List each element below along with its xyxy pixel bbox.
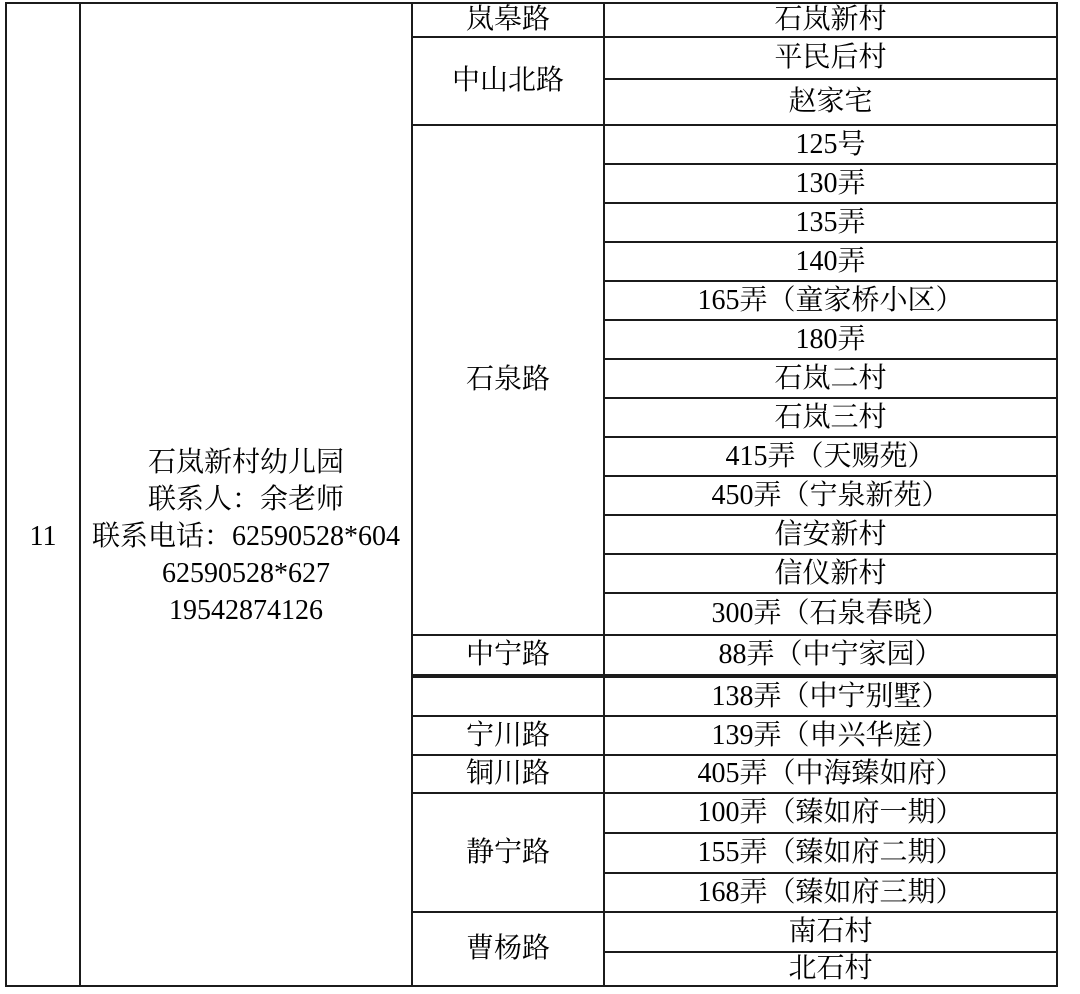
address-cell: 赵家宅 [604, 79, 1057, 125]
street-cell: 曹杨路 [412, 912, 604, 986]
street-cell: 岚皋路 [412, 3, 604, 37]
address-cell: 石岚二村 [604, 359, 1057, 398]
address-cell: 信安新村 [604, 515, 1057, 554]
street-cell: 石泉路 [412, 125, 604, 635]
address-cell: 405弄（中海臻如府） [604, 755, 1057, 793]
facility-phone-3: 19542874126 [81, 592, 411, 629]
page: 11 石岚新村幼儿园 联系人：余老师 联系电话：62590528*604 625… [0, 0, 1080, 994]
address-cell: 165弄（童家桥小区） [604, 281, 1057, 320]
address-cell: 168弄（臻如府三期） [604, 873, 1057, 912]
address-cell: 155弄（臻如府二期） [604, 833, 1057, 873]
facility-phone-2: 62590528*627 [81, 555, 411, 592]
street-cell: 铜川路 [412, 755, 604, 793]
address-cell: 石岚三村 [604, 398, 1057, 437]
address-cell: 450弄（宁泉新苑） [604, 476, 1057, 515]
address-cell: 180弄 [604, 320, 1057, 359]
address-cell: 北石村 [604, 952, 1057, 986]
address-cell: 130弄 [604, 164, 1057, 203]
address-cell: 300弄（石泉春晓） [604, 593, 1057, 635]
street-cell: 静宁路 [412, 793, 604, 912]
address-cell: 415弄（天赐苑） [604, 437, 1057, 476]
facility-name: 石岚新村幼儿园 [81, 444, 411, 481]
street-cell [412, 676, 604, 716]
address-cell: 南石村 [604, 912, 1057, 952]
street-cell: 中山北路 [412, 37, 604, 125]
address-cell: 88弄（中宁家园） [604, 635, 1057, 676]
facility-info-cell: 石岚新村幼儿园 联系人：余老师 联系电话：62590528*604 625905… [80, 3, 412, 986]
address-cell: 石岚新村 [604, 3, 1057, 37]
address-cell: 139弄（申兴华庭） [604, 716, 1057, 755]
address-cell: 140弄 [604, 242, 1057, 281]
table-row: 11 石岚新村幼儿园 联系人：余老师 联系电话：62590528*604 625… [6, 3, 1057, 37]
address-cell: 135弄 [604, 203, 1057, 242]
facility-contact: 联系人：余老师 [81, 481, 411, 518]
kindergarten-district-table: 11 石岚新村幼儿园 联系人：余老师 联系电话：62590528*604 625… [5, 2, 1058, 987]
address-cell: 信仪新村 [604, 554, 1057, 593]
address-cell: 125号 [604, 125, 1057, 164]
facility-phone-1: 联系电话：62590528*604 [81, 518, 411, 555]
address-cell: 平民后村 [604, 37, 1057, 79]
address-cell: 138弄（中宁别墅） [604, 676, 1057, 716]
street-cell: 中宁路 [412, 635, 604, 676]
street-cell: 宁川路 [412, 716, 604, 755]
serial-number-cell: 11 [6, 3, 80, 986]
address-cell: 100弄（臻如府一期） [604, 793, 1057, 833]
